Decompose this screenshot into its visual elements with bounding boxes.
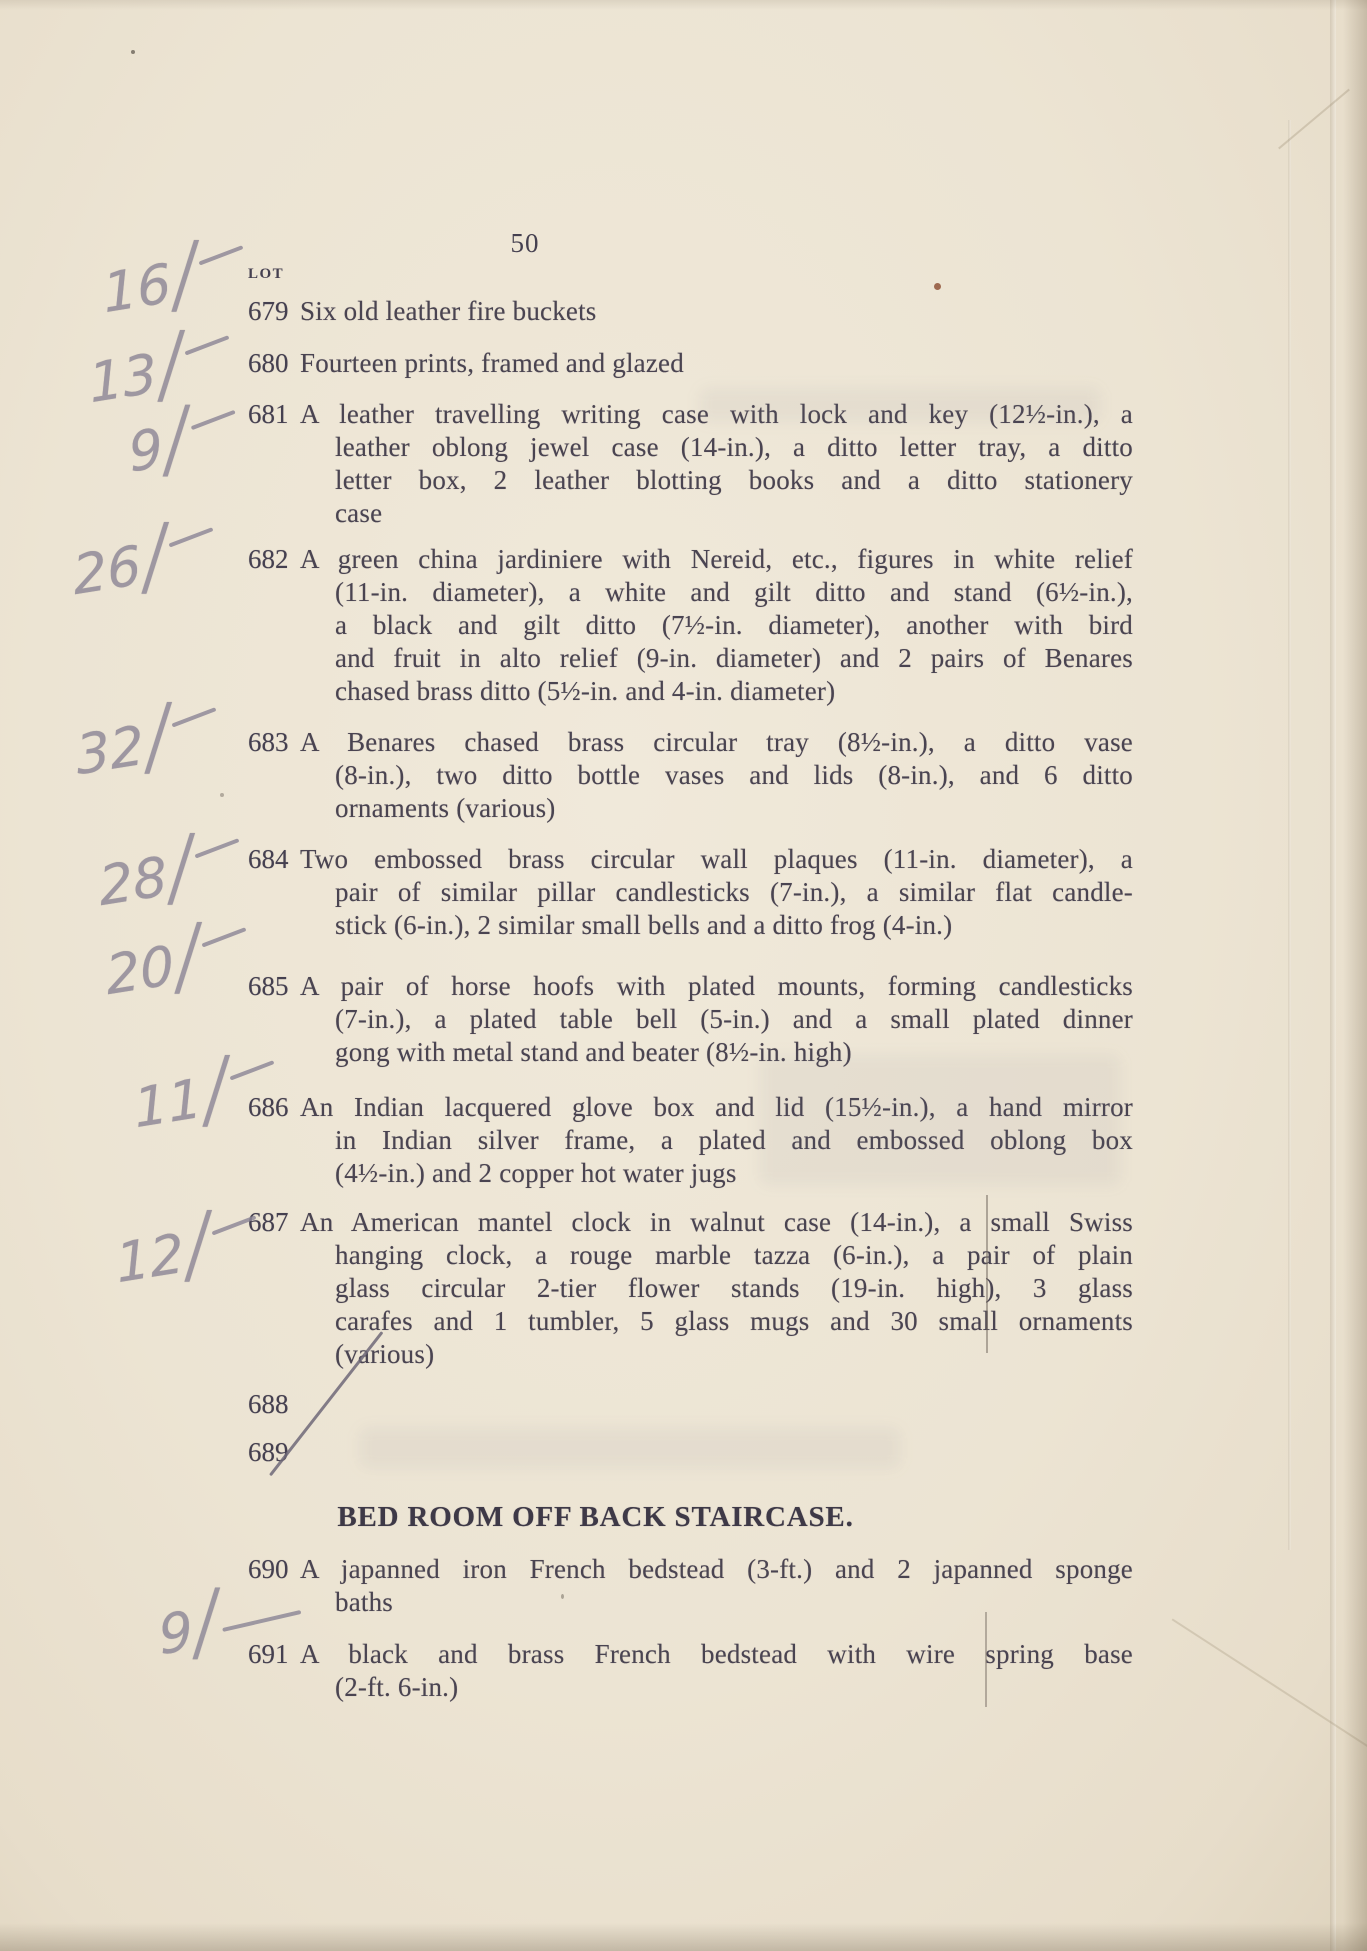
handwritten-price-amount: 13 [88,356,159,400]
lot-number: 679 [248,295,300,328]
lot-description: Fourteen prints, framed and glazed [300,347,1133,380]
lot-description-line: a black and gilt ditto (7½-in. diameter)… [300,609,1133,642]
page-edge-shadow [0,0,1367,10]
lot-row: 32/683A Benares chased brass circular tr… [248,726,1133,825]
handwritten-price: 16/ [101,250,247,310]
handwritten-price-amount: 20 [105,948,176,992]
lot-row: 26/682A green china jardiniere with Nere… [248,543,1133,708]
lot-number: 681 [248,398,300,431]
handwritten-price: 26/ [71,532,217,592]
handwritten-price-dash [191,410,236,430]
handwritten-price-slash: / [166,414,186,464]
lot-description-line: case [300,497,1133,530]
lot-description-line: hanging clock, a rouge marble tazza (6-i… [300,1239,1133,1272]
lot-description: A pair of horse hoofs with plated mounts… [300,970,1133,1069]
lot-description-line: baths [300,1586,1133,1619]
lot-description: A Benares chased brass circular tray (8½… [300,726,1133,825]
lot-row: 20/685A pair of horse hoofs with plated … [248,970,1133,1069]
handwritten-price: 13/ [87,340,233,400]
lot-list: 16/679Six old leather fire buckets13/680… [0,0,1367,1951]
handwritten-price: 32/ [74,712,220,772]
handwritten-price-slash: / [205,1064,225,1114]
lot-description: An American mantel clock in walnut case … [300,1206,1133,1371]
handwritten-price-amount: 11 [133,1081,204,1125]
handwritten-price-amount: 28 [98,859,169,903]
lot-description-line: letter box, 2 leather blotting books and… [300,464,1133,497]
page-edge-shadow [0,1923,1367,1951]
lot-description-line: stick (6-in.), 2 similar small bells and… [300,909,1133,942]
handwritten-price-amount: 9 [127,431,164,469]
lot-row: 28/684Two embossed brass circular wall p… [248,843,1133,942]
lot-description-line: (various) [300,1338,1133,1371]
lot-description-line: A japanned iron French bedstead (3-ft.) … [300,1553,1133,1586]
lot-row: 690A japanned iron French bedstead (3-ft… [248,1553,1133,1619]
lot-number: 691 [248,1638,300,1671]
lot-description-line: A black and brass French bedstead with w… [300,1638,1133,1671]
paper-speck [934,283,941,290]
handwritten-price-slash: / [196,1597,216,1647]
handwritten-price: 28/ [97,843,243,903]
lot-number: 683 [248,726,300,759]
lot-description-line: A leather travelling writing case with l… [300,398,1133,431]
section-heading: BED ROOM OFF BACK STAIRCASE. [153,1501,1038,1534]
lot-description-line: leather oblong jewel case (14-in.), a di… [300,431,1133,464]
lot-number: 687 [248,1206,300,1239]
page-edge-shadow [1343,0,1367,1951]
lot-description-line: An Indian lacquered glove box and lid (1… [300,1091,1133,1124]
handwritten-price-amount: 9 [157,1614,194,1652]
lot-description-line: gong with metal stand and beater (8½-in.… [300,1036,1133,1069]
handwritten-price: 20/ [104,932,250,992]
lot-row: 11/686An Indian lacquered glove box and … [248,1091,1133,1190]
lot-description: A japanned iron French bedstead (3-ft.) … [300,1553,1133,1619]
lot-description-line: carafes and 1 tumbler, 5 glass mugs and … [300,1305,1133,1338]
lot-description-line: chased brass ditto (5½-in. and 4-in. dia… [300,675,1133,708]
handwritten-price-amount: 26 [72,548,143,592]
handwritten-price-slash: / [144,531,164,581]
handwritten-price-slash: / [177,931,197,981]
lot-number: 686 [248,1091,300,1124]
lot-description-line: (7-in.), a plated table bell (5-in.) and… [300,1003,1133,1036]
handwritten-price-dash [169,527,214,547]
lot-number: 689 [248,1436,300,1469]
handwritten-price-amount: 32 [75,728,146,772]
handwritten-price-dash [185,335,230,355]
lot-description-line: A pair of horse hoofs with plated mounts… [300,970,1133,1003]
handwritten-price-dash [202,927,247,947]
lot-number: 680 [248,347,300,380]
handwritten-price-dash [199,245,244,265]
lot-description-line: A Benares chased brass circular tray (8½… [300,726,1133,759]
handwritten-price-amount: 12 [115,1236,186,1280]
lot-description: A black and brass French bedstead with w… [300,1638,1133,1704]
lot-description: An Indian lacquered glove box and lid (1… [300,1091,1133,1190]
handwritten-price-slash: / [147,711,167,761]
paper-speck [131,50,135,54]
lot-description: A green china jardiniere with Nereid, et… [300,543,1133,708]
lot-description-line: (4½-in.) and 2 copper hot water jugs [300,1157,1133,1190]
lot-description-line: and fruit in alto relief (9-in. diameter… [300,642,1133,675]
lot-description-line: (11-in. diameter), a white and gilt ditt… [300,576,1133,609]
paper-speck [561,1594,564,1599]
handwritten-price-slash: / [160,339,180,389]
handwritten-price-slash: / [170,842,190,892]
paper-speck [220,793,224,797]
lot-row: 16/679Six old leather fire buckets [248,295,1133,328]
handwritten-price-dash [195,838,240,858]
lot-number: 688 [248,1388,300,1421]
lot-description-line: Fourteen prints, framed and glazed [300,347,1133,380]
lot-description: A leather travelling writing case with l… [300,398,1133,530]
lot-description-line: Two embossed brass circular wall plaques… [300,843,1133,876]
lot-number: 685 [248,970,300,1003]
lot-description-line: (8-in.), two ditto bottle vases and lids… [300,759,1133,792]
lot-number: 682 [248,543,300,576]
lot-row: 688 [248,1388,1133,1421]
lot-row: 9/681A leather travelling writing case w… [248,398,1133,530]
lot-description: Six old leather fire buckets [300,295,1133,328]
lot-description-line: (2-ft. 6-in.) [300,1671,1133,1704]
handwritten-price: 9/ [127,414,239,469]
lot-number: 690 [248,1553,300,1586]
handwritten-price-amount: 16 [102,266,173,310]
lot-description-line: ornaments (various) [300,792,1133,825]
handwritten-price-slash: / [174,249,194,299]
handwritten-price-slash: / [187,1219,207,1269]
lot-description-line: Six old leather fire buckets [300,295,1133,328]
lot-row: 9/691A black and brass French bedstead w… [248,1638,1133,1704]
handwritten-price: 12/ [114,1220,260,1280]
lot-description-line: An American mantel clock in walnut case … [300,1206,1133,1239]
lot-description-line: pair of similar pillar candlesticks (7-i… [300,876,1133,909]
lot-row: 13/680Fourteen prints, framed and glazed [248,347,1133,380]
lot-description: Two embossed brass circular wall plaques… [300,843,1133,942]
lot-number: 684 [248,843,300,876]
handwritten-price-dash [172,707,217,727]
lot-description-line: in Indian silver frame, a plated and emb… [300,1124,1133,1157]
lot-row: 12/687An American mantel clock in walnut… [248,1206,1133,1371]
lot-description-line: glass circular 2-tier flower stands (19-… [300,1272,1133,1305]
catalog-page: 50 LOT 16/679Six old leather fire bucket… [0,0,1367,1951]
lot-description-line: A green china jardiniere with Nereid, et… [300,543,1133,576]
lot-row: 689 [248,1436,1133,1469]
